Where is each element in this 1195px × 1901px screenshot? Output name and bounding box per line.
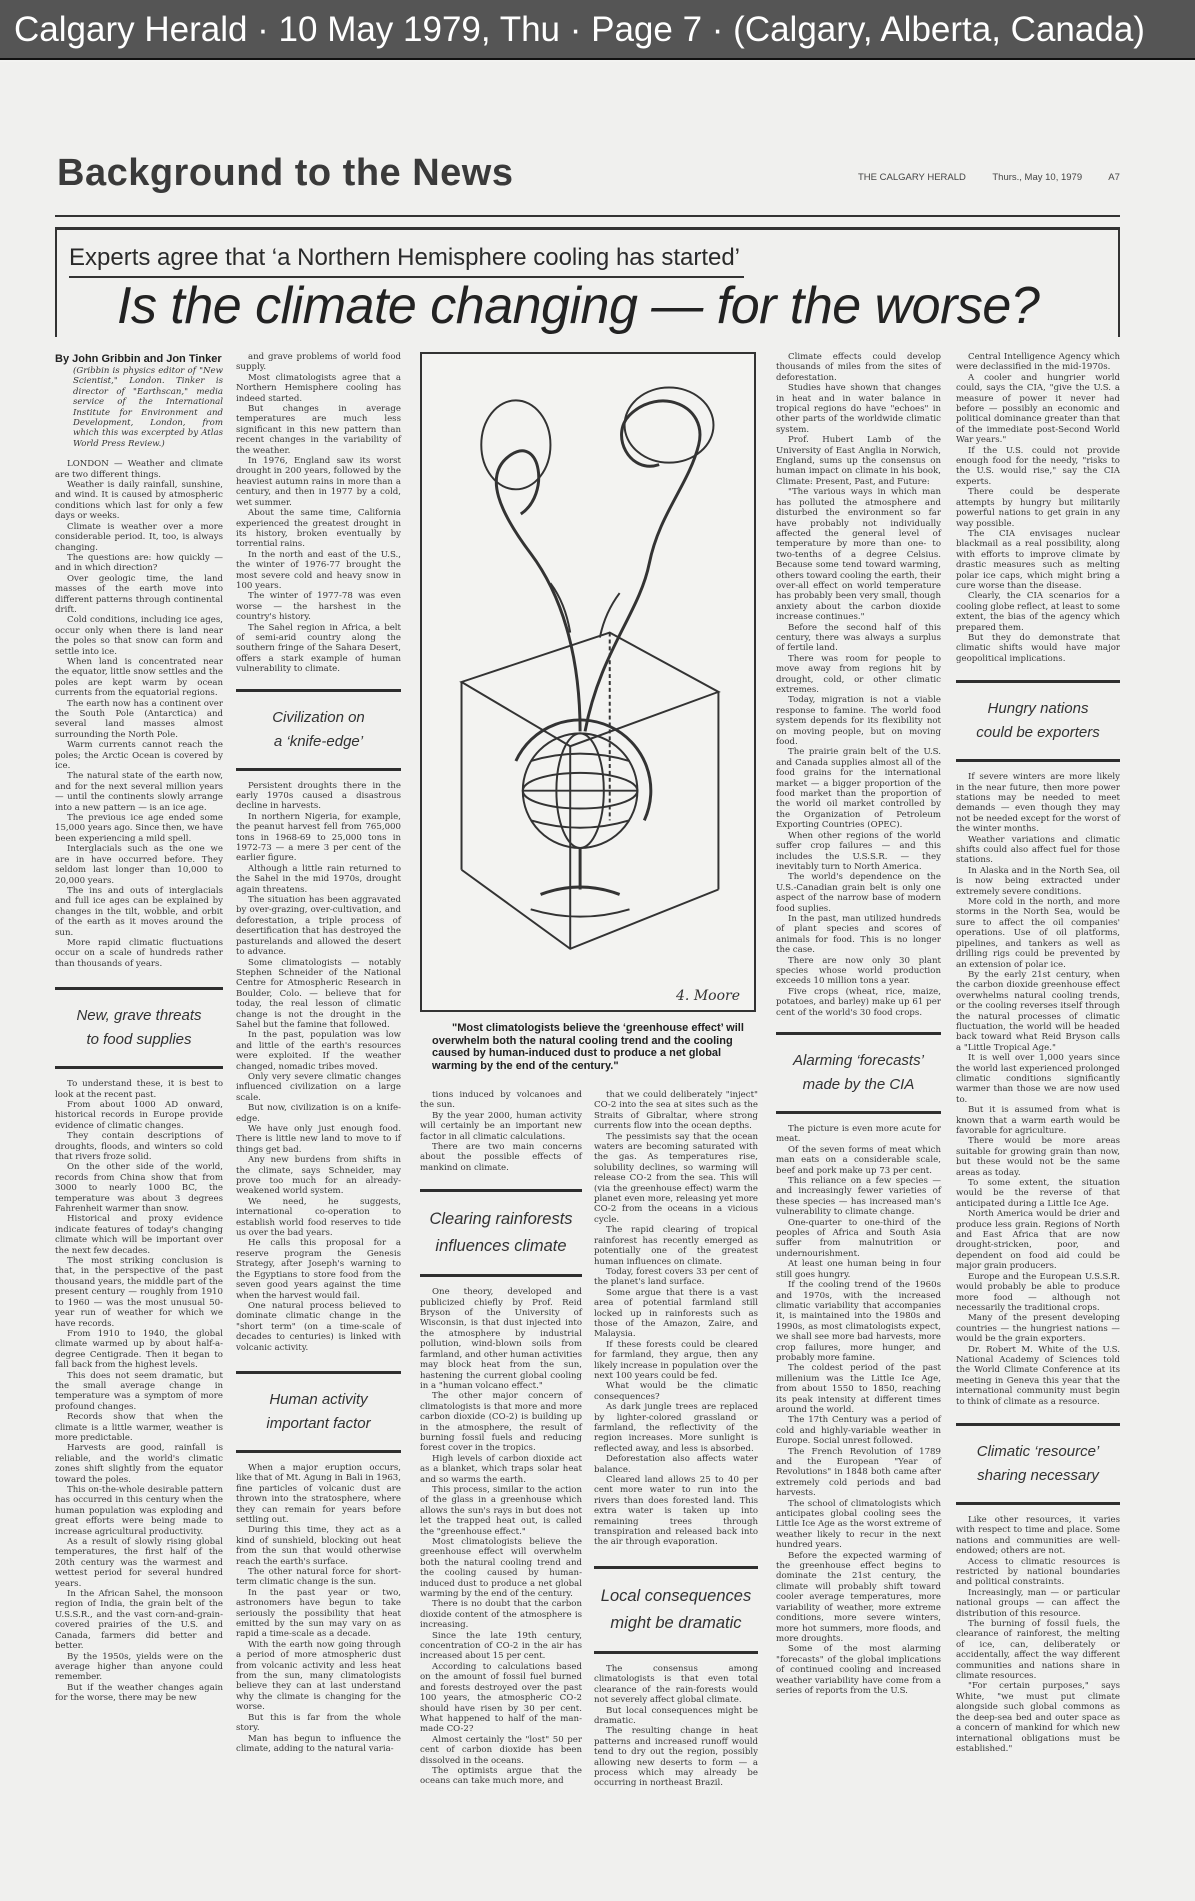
- paragraphs: When a major eruption occurs, like that …: [236, 1463, 401, 1754]
- article-header: Experts agree that ‘a Northern Hemispher…: [55, 227, 1120, 337]
- paragraph: Records show that when the climate is a …: [55, 1412, 223, 1443]
- paragraph: Dr. Robert M. White of the U.S. National…: [956, 1345, 1120, 1407]
- paragraph: During this time, they act as a kind of …: [236, 1525, 401, 1567]
- paragraph: A cooler and hungrier world could, says …: [956, 373, 1120, 446]
- paragraph: This reliance on a few species — and inc…: [776, 1176, 941, 1218]
- paragraph: When other regions of the world suffer c…: [776, 831, 941, 873]
- paragraph: Like other resources, it varies with res…: [956, 1515, 1120, 1557]
- subhead-human-activity: Human activity important factor: [236, 1371, 401, 1453]
- paragraph: If the cooling trend of the 1960s and 19…: [776, 1280, 941, 1363]
- divider: [55, 215, 1120, 217]
- column-5: Climate effects could develop thousands …: [776, 352, 941, 1696]
- paragraph: More rapid climatic fluctuations occur o…: [55, 938, 223, 969]
- paragraph: Cold conditions, including ice ages, occ…: [55, 615, 223, 657]
- paragraph: The French Revolution of 1789 and the Eu…: [776, 1447, 941, 1499]
- paragraph: Central Intelligence Agency which were d…: [956, 352, 1120, 373]
- paragraph: In northern Nigeria, for example, the pe…: [236, 812, 401, 864]
- paragraph: If these forests could be cleared for fa…: [594, 1340, 758, 1382]
- paragraph: Studies have shown that changes in heat …: [776, 383, 941, 435]
- section-title: Background to the News: [57, 152, 514, 195]
- paper-name: THE CALGARY HERALD: [858, 172, 966, 183]
- paragraphs: The picture is even more acute for meat.…: [776, 1124, 941, 1696]
- paragraph: From 1910 to 1940, the global climate wa…: [55, 1329, 223, 1371]
- paragraph: If the U.S. could not provide enough foo…: [956, 446, 1120, 488]
- paragraph: On the other side of the world, records …: [55, 1162, 223, 1214]
- paragraph: This does not seem dramatic, but the sma…: [55, 1371, 223, 1413]
- subhead-resource-sharing: Climatic ‘resource’ sharing necessary: [956, 1423, 1120, 1505]
- paragraphs: Climate effects could develop thousands …: [776, 352, 941, 1018]
- subhead-rainforests: Clearing rainforests influences climate: [420, 1189, 582, 1277]
- paragraph: But if the weather changes again for the…: [55, 1683, 223, 1704]
- paragraph: tions induced by volcanoes and the sun.: [420, 1090, 582, 1111]
- paragraph: The picture is even more acute for meat.: [776, 1124, 941, 1145]
- paragraphs: To understand these, it is best to look …: [55, 1079, 223, 1703]
- paragraph: Deforestation also affects water balance…: [594, 1454, 758, 1475]
- pull-quote: "Most climatologists believe the ‘greenh…: [432, 1022, 750, 1072]
- paragraphs: tions induced by volcanoes and the sun.B…: [420, 1090, 582, 1173]
- artist-signature: 4. Moore: [676, 988, 740, 1004]
- paragraph: Increasingly, man — or particular nation…: [956, 1588, 1120, 1619]
- paragraph: Since the late 19th century, concentrati…: [420, 1631, 582, 1662]
- paragraph: In the past, population was low and litt…: [236, 1030, 401, 1072]
- paragraph: The CIA envisages nuclear blackmail as a…: [956, 529, 1120, 591]
- paragraph: The earth now has a continent over the S…: [55, 699, 223, 741]
- paragraph: Climate effects could develop thousands …: [776, 352, 941, 383]
- paragraph: Man has begun to influence the climate, …: [236, 1734, 401, 1755]
- paragraph: Today, migration is not a viable respons…: [776, 695, 941, 747]
- globe-illustration: 4. Moore: [420, 352, 756, 1012]
- paragraphs: If severe winters are more likely in the…: [956, 772, 1120, 1407]
- paragraph: The prairie grain belt of the U.S. and C…: [776, 747, 941, 830]
- paragraphs: and grave problems of world food supply.…: [236, 352, 401, 675]
- paragraph: and grave problems of world food supply.: [236, 352, 401, 373]
- paragraph: The resulting change in heat patterns an…: [594, 1726, 758, 1788]
- paragraph: We have only just enough food. There is …: [236, 1124, 401, 1155]
- paragraph: In the north and east of the U.S., the w…: [236, 550, 401, 592]
- paragraph: Before the expected warming of the green…: [776, 1551, 941, 1645]
- paragraph: "For certain purposes," says White, "we …: [956, 1681, 1120, 1754]
- paragraph: More cold in the north, and more storms …: [956, 897, 1120, 970]
- paragraph: To some extent, the situation would be t…: [956, 1178, 1120, 1209]
- paragraph: We need, he suggests, international co-o…: [236, 1197, 401, 1239]
- paragraph: About the same time, California experien…: [236, 508, 401, 550]
- paragraph: Almost certainly the "lost" 50 per cent …: [420, 1735, 582, 1766]
- column-4: that we could deliberately "inject" CO-2…: [594, 1090, 758, 1789]
- paragraph: Europe and the European U.S.S.R. would p…: [956, 1272, 1120, 1314]
- paragraph: Many of the present developing countries…: [956, 1313, 1120, 1344]
- paragraphs: that we could deliberately "inject" CO-2…: [594, 1090, 758, 1548]
- paragraph: If severe winters are more likely in the…: [956, 772, 1120, 834]
- paragraph: But local consequences might be dramatic…: [594, 1706, 758, 1727]
- paragraph: The consensus among climatologists is th…: [594, 1664, 758, 1706]
- paragraph: There would be more areas suitable for g…: [956, 1136, 1120, 1178]
- paragraphs: The consensus among climatologists is th…: [594, 1664, 758, 1789]
- paragraph: At least one human being in four still g…: [776, 1259, 941, 1280]
- paragraph: He calls this proposal for a reserve pro…: [236, 1238, 401, 1300]
- paragraph: The Sahel region in Africa, a belt of se…: [236, 623, 401, 675]
- paragraph: Climate is weather over a more considera…: [55, 522, 223, 553]
- paragraph: From about 1000 AD onward, historical re…: [55, 1100, 223, 1131]
- paragraph: When land is concentrated near the equat…: [55, 657, 223, 699]
- paragraph: The rapid clearing of tropical rainfores…: [594, 1225, 758, 1267]
- paragraph: Warm currents cannot reach the poles; th…: [55, 740, 223, 771]
- paragraph: The school of climatologists which antic…: [776, 1499, 941, 1551]
- paragraph: But now, civilization is on a knife-edge…: [236, 1103, 401, 1124]
- headline: Is the climate changing — for the worse?: [117, 276, 1039, 336]
- paragraph: The pessimists say that the ocean waters…: [594, 1132, 758, 1226]
- page-number: A7: [1108, 172, 1120, 183]
- paragraph: Some argue that there is a vast area of …: [594, 1288, 758, 1340]
- paragraph: One-quarter to one-third of the peoples …: [776, 1218, 941, 1260]
- paragraph: The natural state of the earth now, and …: [55, 771, 223, 813]
- paragraph: There are two main concerns about the po…: [420, 1142, 582, 1173]
- paragraph: The previous ice age ended some 15,000 y…: [55, 813, 223, 844]
- paragraph: Historical and proxy evidence indicate f…: [55, 1214, 223, 1256]
- paragraph: By the early 21st century, when the carb…: [956, 970, 1120, 1053]
- paragraph: There was room for people to move away f…: [776, 654, 941, 696]
- paragraph: High levels of carbon dioxide act as a b…: [420, 1454, 582, 1485]
- subhead-hungry-nations: Hungry nations could be exporters: [956, 680, 1120, 762]
- paragraphs: Like other resources, it varies with res…: [956, 1515, 1120, 1754]
- masthead-meta: THE CALGARY HERALD Thurs., May 10, 1979 …: [858, 172, 1144, 183]
- paragraph: Interglacials such as the one we are in …: [55, 844, 223, 886]
- paragraphs: LONDON — Weather and climate are two dif…: [55, 459, 223, 969]
- paragraph: The most striking conclusion is that, in…: [55, 1256, 223, 1329]
- subhead-knife-edge: Civilization on a ‘knife-edge’: [236, 689, 401, 771]
- paragraph: In the past, man utilized hundreds of pl…: [776, 914, 941, 956]
- paragraph: But changes in average temperatures are …: [236, 404, 401, 456]
- globe-in-glass-cube-icon: [422, 354, 754, 1010]
- paragraph: The winter of 1977-78 was even worse — t…: [236, 591, 401, 622]
- paragraph: What would be the climatic consequences?: [594, 1381, 758, 1402]
- paragraph: Access to climatic resources is restrict…: [956, 1557, 1120, 1588]
- paragraph: One natural process believed to dominate…: [236, 1301, 401, 1353]
- paragraph: North America would be drier and produce…: [956, 1209, 1120, 1271]
- paragraphs: Central Intelligence Agency which were d…: [956, 352, 1120, 664]
- paragraph: The other natural force for short-term c…: [236, 1567, 401, 1588]
- paragraph: By the year 2000, human activity will ce…: [420, 1111, 582, 1142]
- paragraph: One theory, developed and publicized chi…: [420, 1287, 582, 1391]
- column-2: and grave problems of world food supply.…: [236, 352, 401, 1754]
- paragraph: Although a little rain returned to the S…: [236, 864, 401, 895]
- paragraph: LONDON — Weather and climate are two dif…: [55, 459, 223, 480]
- paragraph: Any new burdens from shifts in the clima…: [236, 1155, 401, 1197]
- paragraph: The coldest period of the past millenium…: [776, 1363, 941, 1415]
- paragraph: Weather variations and climatic shifts c…: [956, 835, 1120, 866]
- paragraph: Persistent droughts there in the early 1…: [236, 781, 401, 812]
- paragraph: By the 1950s, yields were on the average…: [55, 1652, 223, 1683]
- author-bio: (Gribbin is physics editor of "New Scien…: [55, 366, 223, 449]
- paragraph: Prof. Hubert Lamb of the University of E…: [776, 435, 941, 487]
- paragraph: In Alaska and in the North Sea, oil is n…: [956, 866, 1120, 897]
- column-3: tions induced by volcanoes and the sun.B…: [420, 1090, 582, 1787]
- paragraph: Weather is daily rainfall, sunshine, and…: [55, 480, 223, 522]
- paragraph: With the earth now going through a perio…: [236, 1640, 401, 1713]
- paragraph: But they do demonstrate that climatic sh…: [956, 633, 1120, 664]
- viewer-title-bar: Calgary Herald · 10 May 1979, Thu · Page…: [0, 0, 1195, 60]
- paragraph: This on-the-whole desirable pattern has …: [55, 1485, 223, 1537]
- paragraph: Five crops (wheat, rice, maize, potatoes…: [776, 987, 941, 1018]
- paragraph: As a result of slowly rising global temp…: [55, 1537, 223, 1589]
- paragraph: The questions are: how quickly — and in …: [55, 553, 223, 574]
- paragraph: But this is far from the whole story.: [236, 1713, 401, 1734]
- paragraph: Harvests are good, rainfall is reliable,…: [55, 1443, 223, 1485]
- paragraphs: Persistent droughts there in the early 1…: [236, 781, 401, 1353]
- paragraph: Clearly, the CIA scenarios for a cooling…: [956, 591, 1120, 633]
- paragraph: In the African Sahel, the monsoon region…: [55, 1589, 223, 1651]
- column-1: By John Gribbin and Jon Tinker (Gribbin …: [55, 352, 223, 1704]
- paragraph: The optimists argue that the oceans can …: [420, 1766, 582, 1787]
- paragraph: Most climatologists believe the greenhou…: [420, 1537, 582, 1599]
- paragraph: Before the second half of this century, …: [776, 623, 941, 654]
- paragraph: that we could deliberately "inject" CO-2…: [594, 1090, 758, 1132]
- column-6: Central Intelligence Agency which were d…: [956, 352, 1120, 1754]
- paragraph: The 17th Century was a period of cold an…: [776, 1415, 941, 1446]
- paragraph: The situation has been aggravated by ove…: [236, 895, 401, 957]
- paragraph: According to calculations based on the a…: [420, 1662, 582, 1735]
- subhead-cia-forecasts: Alarming ‘forecasts’ made by the CIA: [776, 1032, 941, 1114]
- paragraph: The ins and outs of interglacials and fu…: [55, 886, 223, 938]
- paragraph: Some of the most alarming "forecasts" of…: [776, 1644, 941, 1696]
- paragraph: This process, similar to the action of t…: [420, 1485, 582, 1537]
- paragraphs: One theory, developed and publicized chi…: [420, 1287, 582, 1787]
- paragraph: In the past year or two, astronomers hav…: [236, 1588, 401, 1640]
- paragraph: To understand these, it is best to look …: [55, 1079, 223, 1100]
- subhead-food-threats: New, grave threats to food supplies: [55, 987, 223, 1069]
- viewer-title: Calgary Herald · 10 May 1979, Thu · Page…: [14, 10, 1145, 49]
- kicker: Experts agree that ‘a Northern Hemispher…: [69, 244, 744, 278]
- paragraph: The other major concern of climatologist…: [420, 1391, 582, 1453]
- paragraph: But it is assumed from what is known tha…: [956, 1105, 1120, 1136]
- paragraph: There is no doubt that the carbon dioxid…: [420, 1599, 582, 1630]
- paragraph: They contain descriptions of droughts, f…: [55, 1131, 223, 1162]
- paragraph: Of the seven forms of meat which man eat…: [776, 1145, 941, 1176]
- paragraph: Over geologic time, the land masses of t…: [55, 574, 223, 616]
- paragraph: Cleared land allows 25 to 40 per cent mo…: [594, 1475, 758, 1548]
- paragraph: When a major eruption occurs, like that …: [236, 1463, 401, 1525]
- subhead-local-consequences: Local consequences might be dramatic: [594, 1566, 758, 1654]
- paragraph: Most climatologists agree that a Norther…: [236, 373, 401, 404]
- paragraph: The burning of fossil fuels, the clearan…: [956, 1619, 1120, 1681]
- paragraph: There are now only 30 plant species whos…: [776, 956, 941, 987]
- issue-date: Thurs., May 10, 1979: [992, 172, 1082, 183]
- paragraph: Some climatologists — notably Stephen Sc…: [236, 958, 401, 1031]
- paragraph: Only very severe climatic changes influe…: [236, 1072, 401, 1103]
- paragraph: Today, forest covers 33 per cent of the …: [594, 1267, 758, 1288]
- paragraph: The world's dependence on the U.S.-Canad…: [776, 872, 941, 914]
- paragraph: In 1976, England saw its worst drought i…: [236, 456, 401, 508]
- paragraph: There could be desperate attempts by hun…: [956, 487, 1120, 529]
- byline: By John Gribbin and Jon Tinker: [55, 352, 223, 366]
- paragraph: As dark jungle trees are replaced by lig…: [594, 1402, 758, 1454]
- paragraph: "The various ways in which man has pollu…: [776, 487, 941, 622]
- paragraph: It is well over 1,000 years since the wo…: [956, 1053, 1120, 1105]
